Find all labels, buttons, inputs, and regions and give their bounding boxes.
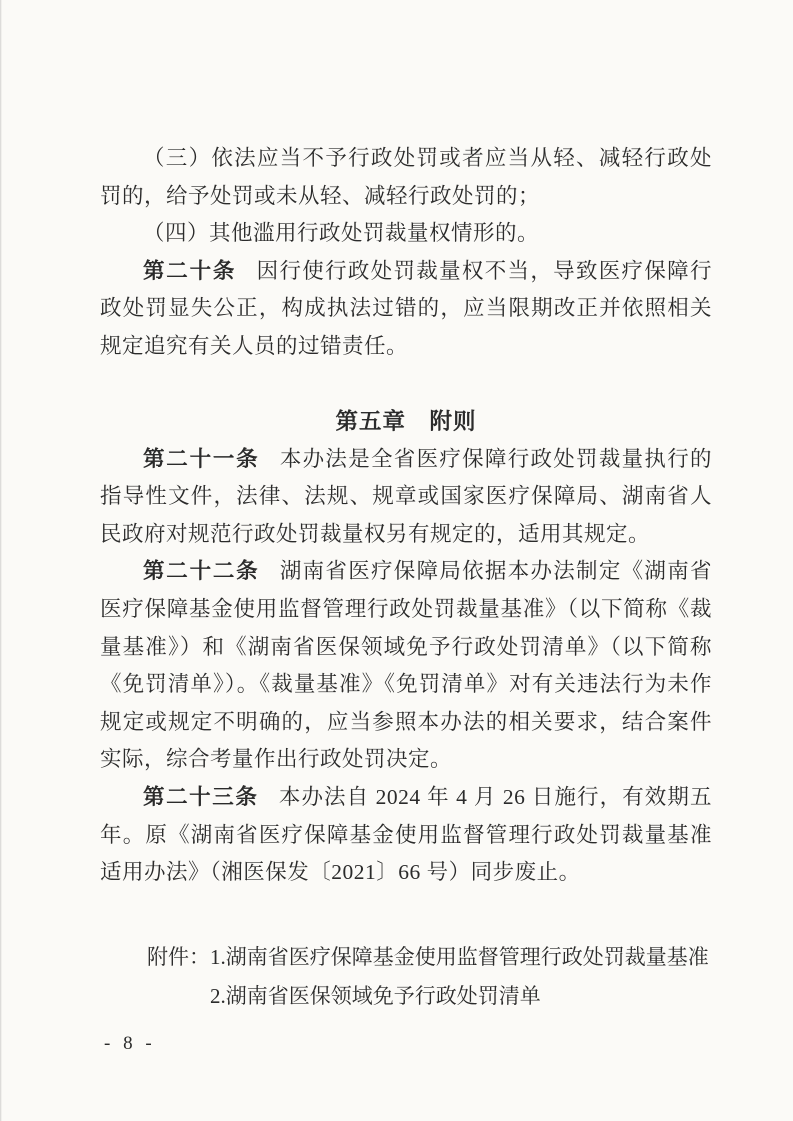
- scan-edge-shadow: [0, 0, 2, 1121]
- article-21: 第二十一条本办法是全省医疗保障行政处罚裁量执行的指导性文件，法律、法规、规章或国…: [100, 441, 712, 554]
- article-23: 第二十三条本办法自 2024 年 4 月 26 日施行，有效期五年。原《湖南省医…: [100, 779, 712, 892]
- attachments-list: 1.湖南省医疗保障基金使用监督管理行政处罚裁量基准 2.湖南省医保领域免予行政处…: [210, 938, 709, 1016]
- attachment-item-2: 2.湖南省医保领域免予行政处罚清单: [210, 977, 709, 1016]
- article-22-number: 第二十二条: [143, 559, 259, 583]
- article-22: 第二十二条湖南省医疗保障局依据本办法制定《湖南省医疗保障基金使用监督管理行政处罚…: [100, 553, 712, 779]
- attachment-item-1: 1.湖南省医疗保障基金使用监督管理行政处罚裁量基准: [210, 938, 709, 977]
- article-23-number: 第二十三条: [143, 785, 258, 809]
- clause-item-4: （四）其他滥用行政处罚裁量权情形的。: [100, 215, 712, 253]
- article-21-number: 第二十一条: [143, 447, 259, 471]
- page-number: - 8 -: [104, 1033, 156, 1055]
- chapter-5-heading: 第五章 附则: [100, 403, 712, 441]
- article-20-number: 第二十条: [143, 259, 236, 283]
- clause-item-3: （三）依法应当不予行政处罚或者应当从轻、减轻行政处罚的，给予处罚或未从轻、减轻行…: [100, 140, 712, 215]
- scanned-document-page: { "document": { "clause_item_3": "（三）依法应…: [0, 0, 793, 1121]
- attachments-label: 附件：: [147, 938, 210, 977]
- article-22-text: 湖南省医疗保障局依据本办法制定《湖南省医疗保障基金使用监督管理行政处罚裁量基准》…: [100, 559, 712, 771]
- article-20: 第二十条因行使行政处罚裁量权不当，导致医疗保障行政处罚显失公正，构成执法过错的，…: [100, 253, 712, 366]
- document-body: （三）依法应当不予行政处罚或者应当从轻、减轻行政处罚的，给予处罚或未从轻、减轻行…: [100, 140, 712, 1016]
- attachments-block: 附件： 1.湖南省医疗保障基金使用监督管理行政处罚裁量基准 2.湖南省医保领域免…: [100, 938, 712, 1016]
